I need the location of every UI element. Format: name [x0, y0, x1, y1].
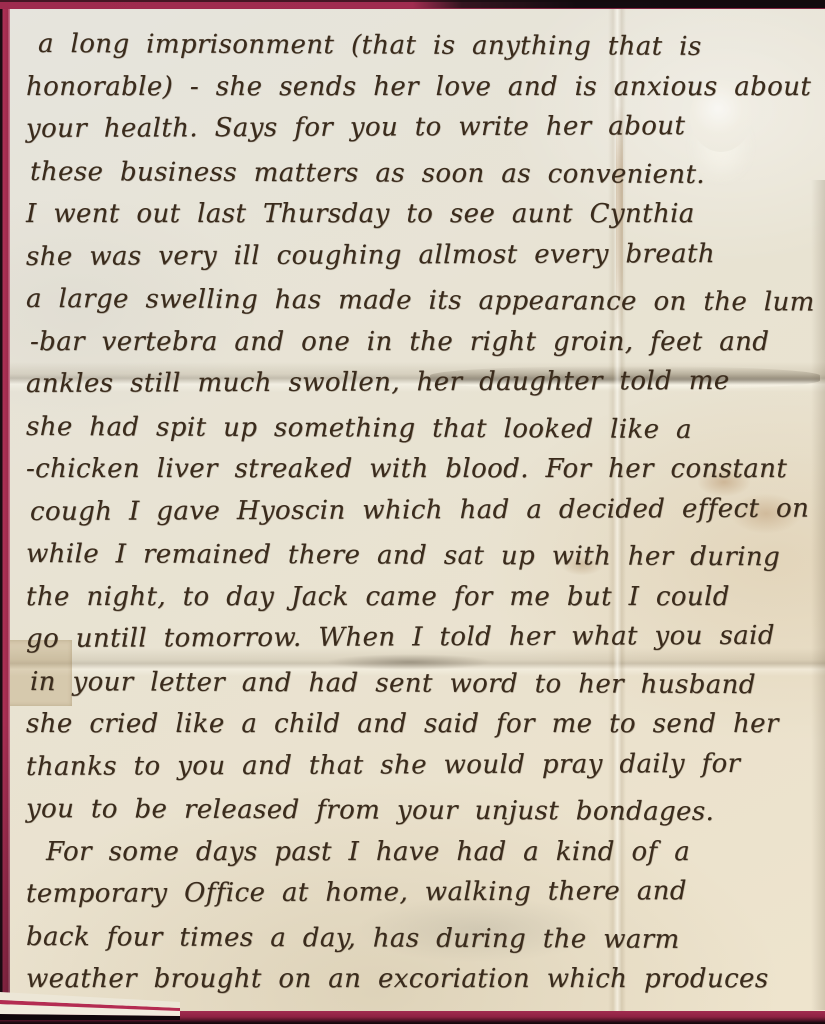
bottom-left-corner-tear [0, 992, 180, 1024]
letter-line: a long imprisonment (that is anything th… [38, 23, 819, 69]
letter-line: your health. Says for you to write her a… [26, 105, 819, 151]
letter-line: you to be released from your unjust bond… [26, 788, 819, 834]
letter-line: these business matters as soon as conven… [30, 151, 819, 197]
letter-line: honorable) - she sends her love and is a… [26, 66, 819, 109]
letter-line: while I remained there and sat up with h… [26, 533, 819, 579]
corner-tear-graphic [0, 992, 180, 1020]
letter-line: I went out last Thursday to see aunt Cyn… [26, 193, 819, 236]
letter-line: the night, to day Jack came for me but I… [26, 576, 819, 619]
letter-scan: a long imprisonment (that is anything th… [0, 0, 825, 1024]
mat-border-left [0, 0, 10, 1024]
letter-line: -bar vertebra and one in the right groin… [30, 321, 819, 364]
letter-line: cough I gave Hyoscin which had a decided… [30, 487, 819, 533]
letter-line: go untill tomorrow. When I told her what… [26, 615, 819, 661]
letter-line: temporary Office at home, walking there … [26, 870, 819, 916]
letter-line: ankles still much swollen, her daughter … [26, 360, 819, 406]
letter-line: she cried like a child and said for me t… [26, 703, 819, 746]
letter-line: a large swelling has made its appearance… [26, 278, 819, 324]
letter-line: back four times a day, has during the wa… [26, 916, 819, 962]
letter-line: For some days past I have had a kind of … [46, 831, 819, 874]
letter-line: -chicken liver streaked with blood. For … [26, 448, 819, 491]
letter-line: thanks to you and that she would pray da… [26, 742, 819, 788]
letter-text: a long imprisonment (that is anything th… [10, 9, 825, 1012]
letter-line: she had spit up something that looked li… [26, 406, 819, 452]
letter-line: she was very ill coughing allmost every … [26, 232, 819, 278]
mat-border-top [0, 0, 825, 9]
letter-line: in your letter and had sent word to her … [30, 661, 819, 707]
